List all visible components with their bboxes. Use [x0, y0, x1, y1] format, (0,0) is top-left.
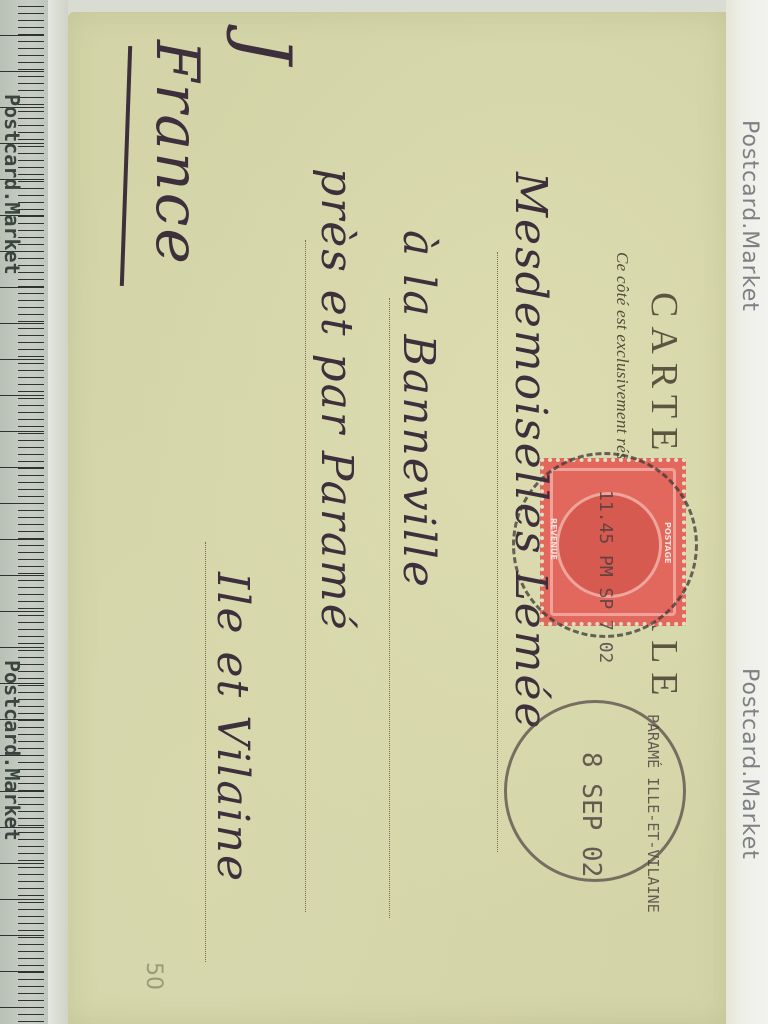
stamp-cancel-text: 11.45 PM SP 7 02: [595, 490, 616, 663]
country-underline: [120, 46, 132, 286]
address-recipient: Mesdemoiselles Lemée: [505, 172, 556, 731]
pencil-note: 50: [141, 962, 166, 990]
address-line-1: [497, 252, 498, 852]
address-line-3: [305, 240, 306, 912]
address-country: France: [142, 40, 212, 266]
measuring-ruler: Postcard.Market Postcard.Market: [0, 0, 48, 1024]
ruler-edge: [48, 0, 68, 1024]
address-department: Ile et Vilaine: [207, 572, 258, 883]
address-town: près et par Paramé: [311, 168, 362, 632]
ruler-watermark-bottom: Postcard.Market: [0, 660, 24, 841]
address-place: à la Banneville: [393, 230, 444, 589]
watermark-bottom: Postcard.Market: [737, 668, 762, 860]
postmark-date: 8 SEP 02: [576, 752, 606, 877]
postmark-town: PARAMÉ ILLE-ET-VILAINE: [644, 714, 662, 913]
address-line-4: [205, 542, 206, 962]
watermark-top: Postcard.Market: [737, 120, 762, 312]
handwritten-initial: J: [224, 36, 306, 66]
postcard-back: CARTE POSTALE Ce côté est exclusivement …: [68, 12, 726, 1024]
postcard-content: CARTE POSTALE Ce côté est exclusivement …: [68, 12, 726, 1024]
ruler-watermark-top: Postcard.Market: [0, 94, 24, 275]
sleeve-strip: Postcard.Market Postcard.Market: [726, 0, 768, 1024]
address-line-2: [389, 298, 390, 918]
